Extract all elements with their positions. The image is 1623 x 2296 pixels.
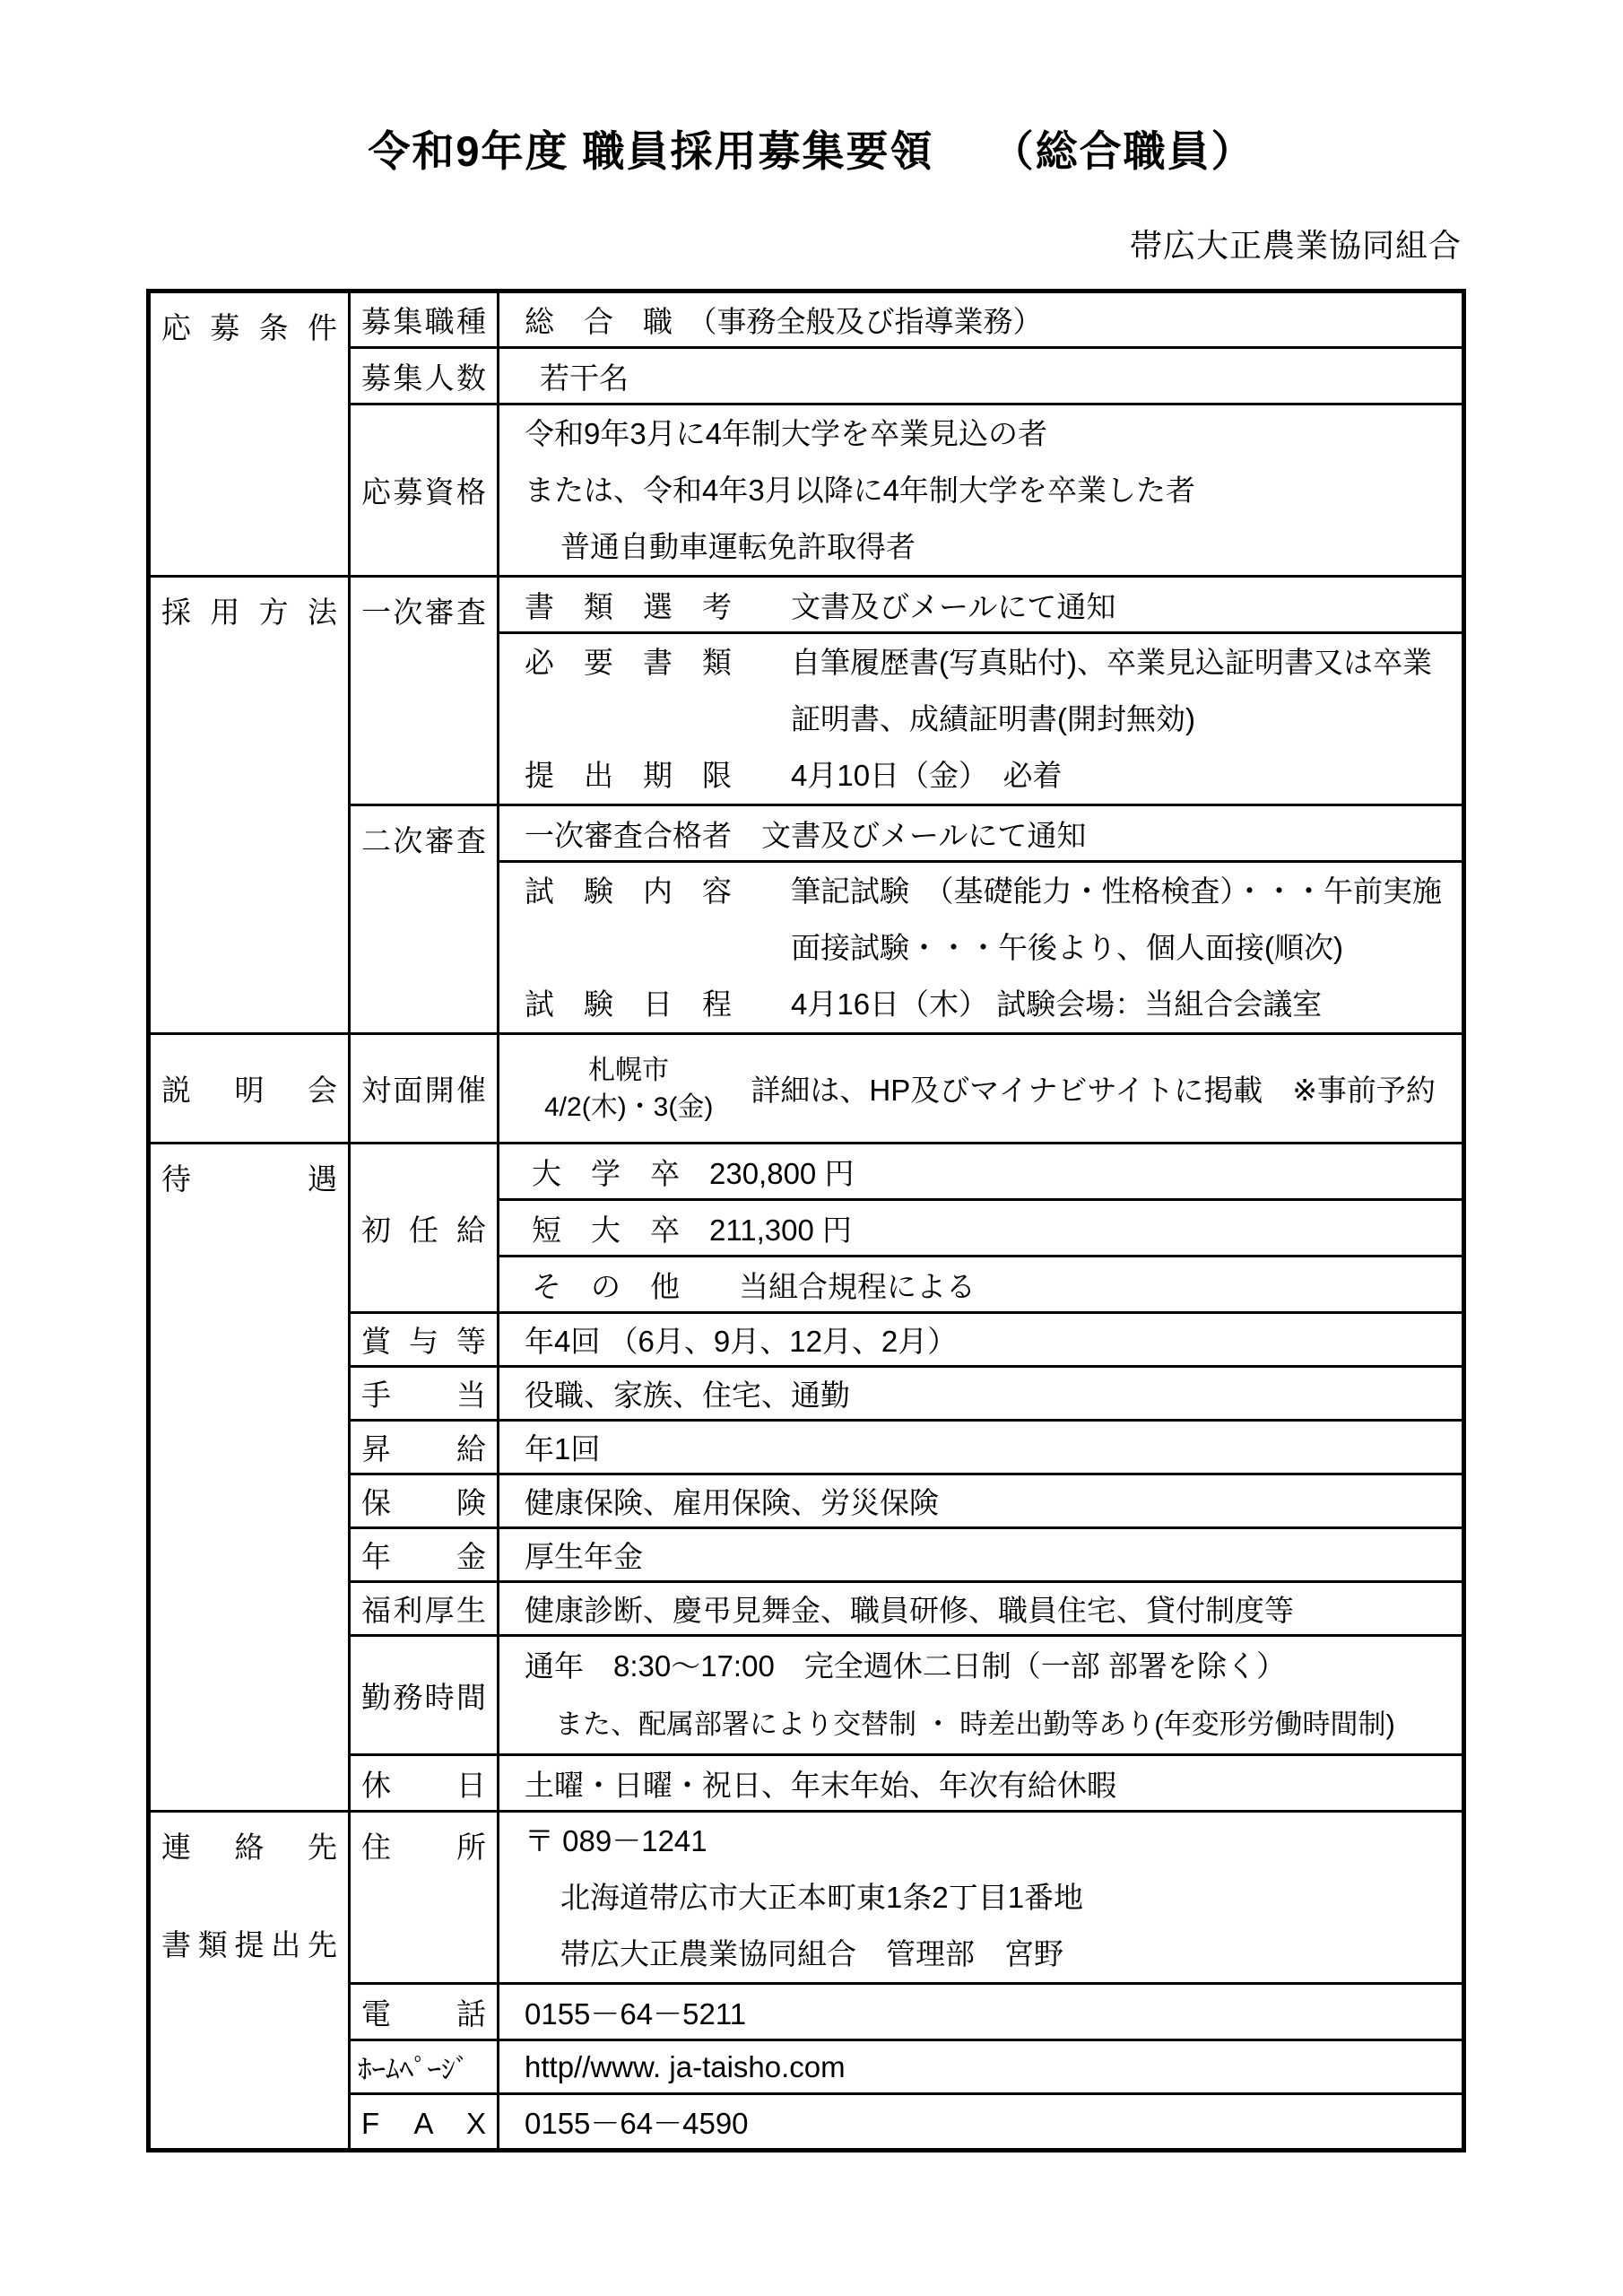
text-line: 必 要 書 類 自筆履歴書(写真貼付)、卒業見込証明書又は卒業	[525, 634, 1462, 691]
row-label-second-screening: 二次審査	[350, 805, 499, 1034]
value-salary-other: そ の 他 当組合規程による	[499, 1257, 1464, 1313]
venue-city: 札幌市	[588, 1052, 669, 1089]
section-label-selection-process: 採用方法	[151, 578, 348, 631]
text-line: 北海道帯広市大正本町東1条2丁目1番地	[560, 1869, 1462, 1926]
value-salary-junior-college: 短 大 卒 211,300 円	[499, 1200, 1464, 1257]
row-label-allowances: 手当	[350, 1367, 499, 1421]
section-label-compensation: 待遇	[151, 1144, 348, 1198]
value-recruit-type: 総 合 職 （事務全般及び指導業務）	[499, 291, 1464, 348]
recruitment-table: 応募条件 募集職種 総 合 職 （事務全般及び指導業務） 募集人数 若干名 応募…	[146, 289, 1466, 2152]
row-label-phone: 電話	[350, 1984, 499, 2040]
text-line: 普通自動車運転免許取得者	[560, 518, 1462, 575]
value-bonus: 年4回 （6月、9月、12月、2月）	[499, 1313, 1464, 1367]
text-line: 提 出 期 限 4月10日（金） 必着	[525, 747, 1462, 804]
value-first-screening: 書 類 選 考 文書及びメールにて通知	[499, 577, 1464, 633]
row-label-address: 住所	[350, 1812, 499, 1984]
text-line: 面接試験・・・午後より、個人面接(順次)	[791, 919, 1462, 976]
row-label-working-hours: 勤務時間	[350, 1636, 499, 1755]
value-recruit-count: 若干名	[499, 348, 1464, 404]
row-label-recruit-count: 募集人数	[350, 348, 499, 404]
row-label-homepage: ﾎｰﾑﾍﾟｰｼﾞ	[350, 2040, 499, 2094]
text-line: 試 験 内 容 筆記試験 （基礎能力・性格検査）・・・午前実施	[525, 863, 1462, 919]
text-line: 令和9年3月に4年制大学を卒業見込の者	[525, 405, 1462, 462]
section-cell-info-session: 説明会	[149, 1034, 350, 1144]
value-salary-university: 大 学 卒 230,800 円	[499, 1144, 1464, 1200]
row-label-fax: F A X	[350, 2094, 499, 2151]
text-line: また、配属部署により交替制 ・ 時差出勤等あり(年変形労働時間制)	[555, 1695, 1462, 1753]
text-line: 帯広大正農業協同組合 管理部 宮野	[560, 1926, 1462, 1982]
text-line: 〒 089－1241	[525, 1813, 1462, 1869]
value-exam-details: 試 験 内 容 筆記試験 （基礎能力・性格検査）・・・午前実施 面接試験・・・午…	[499, 862, 1464, 1034]
section-label-document-submission: 書類提出先	[151, 1922, 348, 1964]
value-working-hours: 通年 8:30～17:00 完全週休二日制（一部 部署を除く） また、配属部署に…	[499, 1636, 1464, 1755]
section-label-info-session: 説明会	[151, 1067, 348, 1109]
section-cell-contact: 連絡先 書類提出先	[149, 1812, 350, 2151]
row-label-pension: 年金	[350, 1528, 499, 1582]
value-pension: 厚生年金	[499, 1528, 1464, 1582]
venue-dates: 4/2(木)・3(金)	[544, 1089, 713, 1126]
row-label-welfare: 福利厚生	[350, 1582, 499, 1636]
value-insurance: 健康保険、雇用保険、労災保険	[499, 1474, 1464, 1528]
row-label-insurance: 保険	[350, 1474, 499, 1528]
value-homepage: http//www. ja-taisho.com	[499, 2040, 1464, 2094]
document-page: 令和9年度 職員採用募集要領 （総合職員） 帯広大正農業協同組合 応募条件 募集…	[0, 0, 1623, 2296]
section-label-application-conditions: 応募条件	[151, 293, 348, 347]
text-line: または、令和4年3月以降に4年制大学を卒業した者	[525, 462, 1462, 518]
text-line: 証明書、成績証明書(開封無効)	[791, 691, 1462, 747]
text-line: 通年 8:30～17:00 完全週休二日制（一部 部署を除く）	[525, 1637, 1462, 1695]
value-info-session: 札幌市 4/2(木)・3(金) 詳細は、HP及びマイナビサイトに掲載 ※事前予約	[499, 1034, 1464, 1144]
text-line: 試 験 日 程 4月16日（木） 試験会場：当組合会議室	[525, 976, 1462, 1032]
row-label-starting-salary: 初任給	[350, 1144, 499, 1313]
table-row: 説明会 対面開催 札幌市 4/2(木)・3(金) 詳細は、HP及びマイナビサイト…	[149, 1034, 1464, 1144]
value-welfare: 健康診断、慶弔見舞金、職員研修、職員住宅、貸付制度等	[499, 1582, 1464, 1636]
value-allowances: 役職、家族、住宅、通勤	[499, 1367, 1464, 1421]
table-row: 待遇 初任給 大 学 卒 230,800 円	[149, 1144, 1464, 1200]
table-row: 連絡先 書類提出先 住所 〒 089－1241 北海道帯広市大正本町東1条2丁目…	[149, 1812, 1464, 1984]
row-label-recruit-type: 募集職種	[350, 291, 499, 348]
row-label-first-screening: 一次審査	[350, 577, 499, 805]
row-label-in-person: 対面開催	[350, 1034, 499, 1144]
value-required-documents: 必 要 書 類 自筆履歴書(写真貼付)、卒業見込証明書又は卒業 証明書、成績証明…	[499, 633, 1464, 805]
section-label-contact: 連絡先	[151, 1813, 348, 1866]
organization-name: 帯広大正農業協同組合	[146, 221, 1462, 266]
page-title: 令和9年度 職員採用募集要領 （総合職員）	[0, 118, 1623, 178]
section-cell-compensation: 待遇	[149, 1144, 350, 1812]
table-row: 応募条件 募集職種 総 合 職 （事務全般及び指導業務）	[149, 291, 1464, 348]
value-holidays: 土曜・日曜・祝日、年末年始、年次有給休暇	[499, 1755, 1464, 1812]
row-label-bonus: 賞与等	[350, 1313, 499, 1367]
row-label-raise: 昇給	[350, 1421, 499, 1474]
value-second-screening: 一次審査合格者 文書及びメールにて通知	[499, 805, 1464, 862]
session-wrap: 札幌市 4/2(木)・3(金) 詳細は、HP及びマイナビサイトに掲載 ※事前予約	[499, 1052, 1462, 1126]
table-row: 採用方法 一次審査 書 類 選 考 文書及びメールにて通知	[149, 577, 1464, 633]
venue-block: 札幌市 4/2(木)・3(金)	[544, 1052, 713, 1126]
value-eligibility: 令和9年3月に4年制大学を卒業見込の者 または、令和4年3月以降に4年制大学を卒…	[499, 404, 1464, 577]
value-raise: 年1回	[499, 1421, 1464, 1474]
value-fax: 0155－64－4590	[499, 2094, 1464, 2151]
row-label-eligibility: 応募資格	[350, 404, 499, 577]
section-cell-application-conditions: 応募条件	[149, 291, 350, 577]
value-address: 〒 089－1241 北海道帯広市大正本町東1条2丁目1番地 帯広大正農業協同組…	[499, 1812, 1464, 1984]
row-label-holidays: 休日	[350, 1755, 499, 1812]
session-detail: 詳細は、HP及びマイナビサイトに掲載 ※事前予約	[751, 1067, 1436, 1109]
section-cell-selection-process: 採用方法	[149, 577, 350, 1034]
value-phone: 0155－64－5211	[499, 1984, 1464, 2040]
